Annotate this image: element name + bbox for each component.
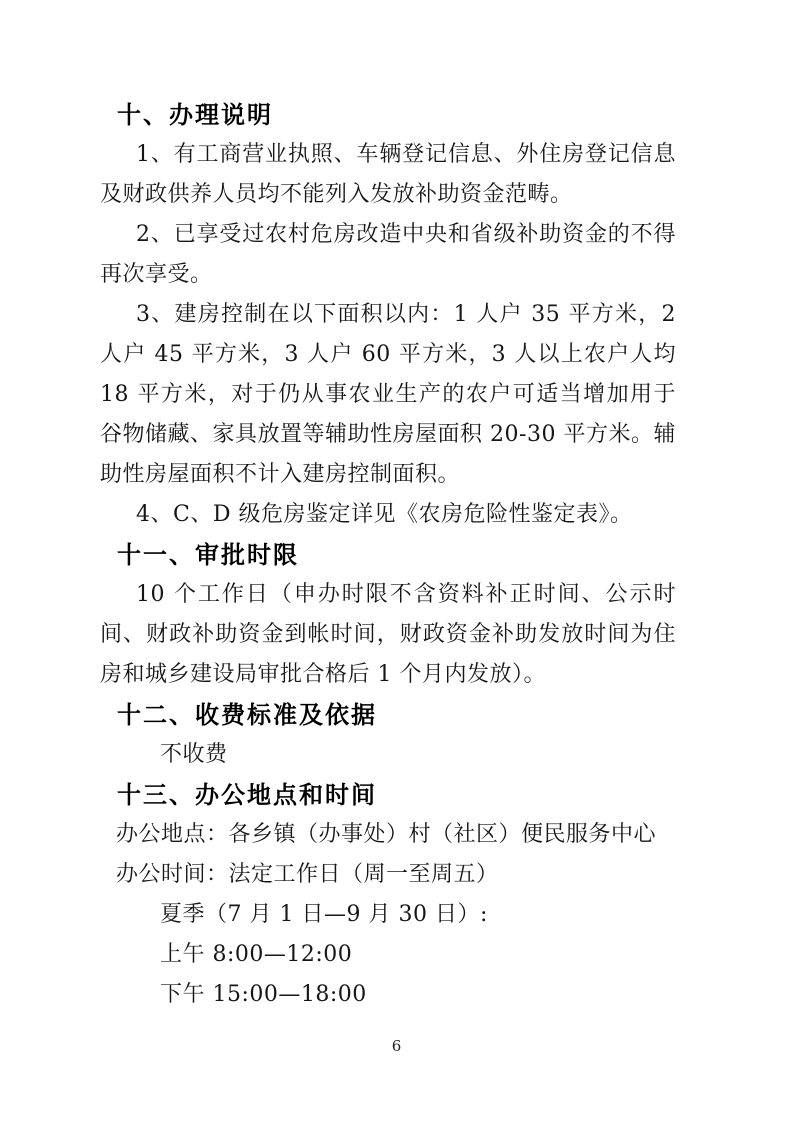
document-page: 十、办理说明 1、有工商营业执照、车辆登记信息、外住房登记信息及财政供养人员均不… bbox=[0, 0, 793, 1122]
office-location-line: 办公地点：各乡镇（办事处）村（社区）便民服务中心 bbox=[100, 815, 676, 855]
section-11-heading: 十一、审批时限 bbox=[100, 535, 676, 575]
section-12-heading: 十二、收费标准及依据 bbox=[100, 695, 676, 735]
section-10-heading: 十、办理说明 bbox=[100, 95, 676, 135]
section-13-heading: 十三、办公地点和时间 bbox=[100, 775, 676, 815]
section-10-paragraph-1: 1、有工商营业执照、车辆登记信息、外住房登记信息及财政供养人员均不能列入发放补助… bbox=[100, 135, 676, 215]
summer-afternoon-hours: 下午 15:00—18:00 bbox=[100, 975, 676, 1015]
section-10-paragraph-2: 2、已享受过农村危房改造中央和省级补助资金的不得再次享受。 bbox=[100, 215, 676, 295]
section-11-paragraph-1: 10 个工作日（申办时限不含资料补正时间、公示时间、财政补助资金到帐时间，财政资… bbox=[100, 575, 676, 695]
section-12-paragraph-1: 不收费 bbox=[100, 735, 676, 775]
summer-schedule-label: 夏季（7 月 1 日—9 月 30 日）: bbox=[100, 895, 676, 935]
page-number: 6 bbox=[0, 1034, 793, 1058]
summer-morning-hours: 上午 8:00—12:00 bbox=[100, 935, 676, 975]
section-10-paragraph-3: 3、建房控制在以下面积以内：1 人户 35 平方米，2 人户 45 平方米，3 … bbox=[100, 295, 676, 495]
document-content: 十、办理说明 1、有工商营业执照、车辆登记信息、外住房登记信息及财政供养人员均不… bbox=[100, 95, 676, 1015]
section-10-paragraph-4: 4、C、D 级危房鉴定详见《农房危险性鉴定表》。 bbox=[100, 495, 676, 535]
office-hours-line: 办公时间：法定工作日（周一至周五） bbox=[100, 855, 676, 895]
